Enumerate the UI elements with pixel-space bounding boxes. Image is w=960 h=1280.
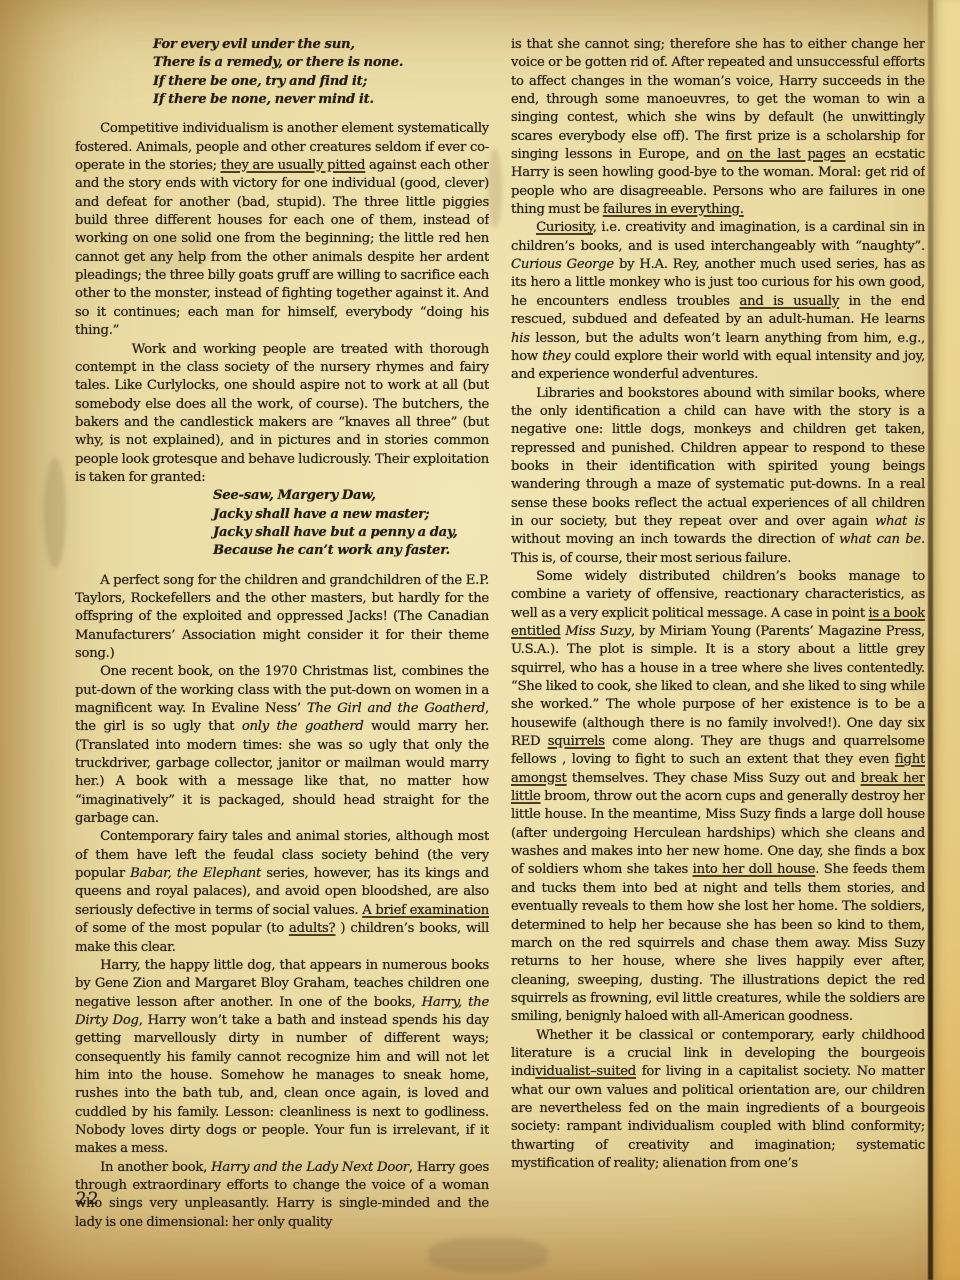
emphasized-text: Harry and the Lady Next Door xyxy=(211,1160,409,1175)
emphasized-text: adults? xyxy=(289,921,335,936)
body-text: Libraries and bookstores abound with sim… xyxy=(511,386,925,529)
body-text: Work and working people are treated with… xyxy=(75,342,489,485)
emphasized-text: and is usually xyxy=(739,294,839,309)
left-column: For every evil under the sun,There is a … xyxy=(75,36,489,1250)
emphasized-text: Babar, the Elephant xyxy=(130,866,261,881)
body-text: , by Miriam Young (Parents’ Magazine Pre… xyxy=(511,624,925,749)
paragraph: Whether it be classical or contemporary,… xyxy=(511,1027,925,1174)
body-text: A perfect song for the children and gran… xyxy=(75,573,489,661)
emphasized-text: only the goatherd xyxy=(242,719,364,734)
verse-block: For every evil under the sun,There is a … xyxy=(153,36,489,109)
text-columns: For every evil under the sun,There is a … xyxy=(75,36,925,1250)
scanned-page: For every evil under the sun,There is a … xyxy=(0,0,960,1280)
verse-line: See-saw, Margery Daw, xyxy=(213,487,489,505)
body-text: against each other and the story ends wi… xyxy=(75,158,489,338)
verse-line: If there be none, never mind it. xyxy=(153,91,489,109)
emphasized-text: what can be xyxy=(839,532,921,547)
verse-line: If there be one, try and find it; xyxy=(153,73,489,91)
paragraph: A perfect song for the children and gran… xyxy=(75,572,489,664)
body-text: for living in a capitalist society. No m… xyxy=(511,1064,925,1171)
paragraph: Some widely distributed children’s books… xyxy=(511,568,925,1027)
emphasized-text: they xyxy=(542,349,570,364)
emphasized-text: they are usually pitted xyxy=(221,158,366,173)
pencil-mark xyxy=(44,458,66,568)
verse-line: For every evil under the sun, xyxy=(153,36,489,54)
emphasized-text: Curious George xyxy=(511,257,614,272)
paragraph: Curiosity, i.e. creativity and imaginati… xyxy=(511,219,925,384)
body-text: without moving an inch towards the direc… xyxy=(511,532,839,547)
body-text: would marry her. (Translated into modern… xyxy=(75,719,489,826)
emphasized-text: into her doll house xyxy=(693,862,816,877)
paragraph: Contemporary fairy tales and animal stor… xyxy=(75,828,489,956)
emphasized-text: on the last pages xyxy=(727,147,846,162)
right-column: is that she cannot sing; therefore she h… xyxy=(511,36,925,1250)
body-text: . She feeds them and tucks them into bed… xyxy=(511,862,925,1024)
paragraph: is that she cannot sing; therefore she h… xyxy=(511,36,925,219)
body-text: of some of the most popular (to xyxy=(75,921,289,936)
emphasized-text: The Girl and the Goatherd xyxy=(307,701,485,716)
verse-line: There is a remedy, or there is none. xyxy=(153,54,489,72)
paragraph: Libraries and bookstores abound with sim… xyxy=(511,385,925,568)
emphasized-text: vidualist–suited xyxy=(535,1064,636,1079)
verse-line: Jacky shall have but a penny a day, xyxy=(213,524,489,542)
verse-line: Jacky shall have a new master; xyxy=(213,506,489,524)
body-text: is that she cannot sing; therefore she h… xyxy=(511,37,925,162)
paragraph: In another book, Harry and the Lady Next… xyxy=(75,1159,489,1232)
emphasized-text: what is xyxy=(875,514,925,529)
paragraph: Work and working people are treated with… xyxy=(75,341,489,488)
emphasized-text: A brief examination xyxy=(362,903,489,918)
adjacent-page-edge xyxy=(933,0,960,1280)
verse-block: See-saw, Margery Daw,Jacky shall have a … xyxy=(213,487,489,560)
emphasized-text: his xyxy=(511,331,530,346)
emphasized-text: squirrels xyxy=(548,734,605,749)
page-number: 22 xyxy=(76,1189,100,1209)
paragraph: One recent book, on the 1970 Christmas l… xyxy=(75,663,489,828)
body-text: , Harry won’t take a bath and instead sp… xyxy=(75,1013,489,1156)
emphasized-text: failures in everything. xyxy=(603,202,744,217)
emphasized-text: Miss Suzy xyxy=(565,624,631,639)
body-text: Some widely distributed children’s books… xyxy=(511,569,925,621)
body-text: In another book, xyxy=(100,1160,211,1175)
body-text: could explore their world with equal int… xyxy=(511,349,925,382)
paragraph: Harry, the happy little dog, that appear… xyxy=(75,957,489,1159)
body-text: themselves. They chase Miss Suzy out and xyxy=(567,771,861,786)
verse-line: Because he can’t work any faster. xyxy=(213,542,489,560)
emphasized-text: Curiosity xyxy=(536,220,593,235)
page-crease xyxy=(928,0,933,1280)
paragraph: Competitive individualism is another ele… xyxy=(75,120,489,340)
